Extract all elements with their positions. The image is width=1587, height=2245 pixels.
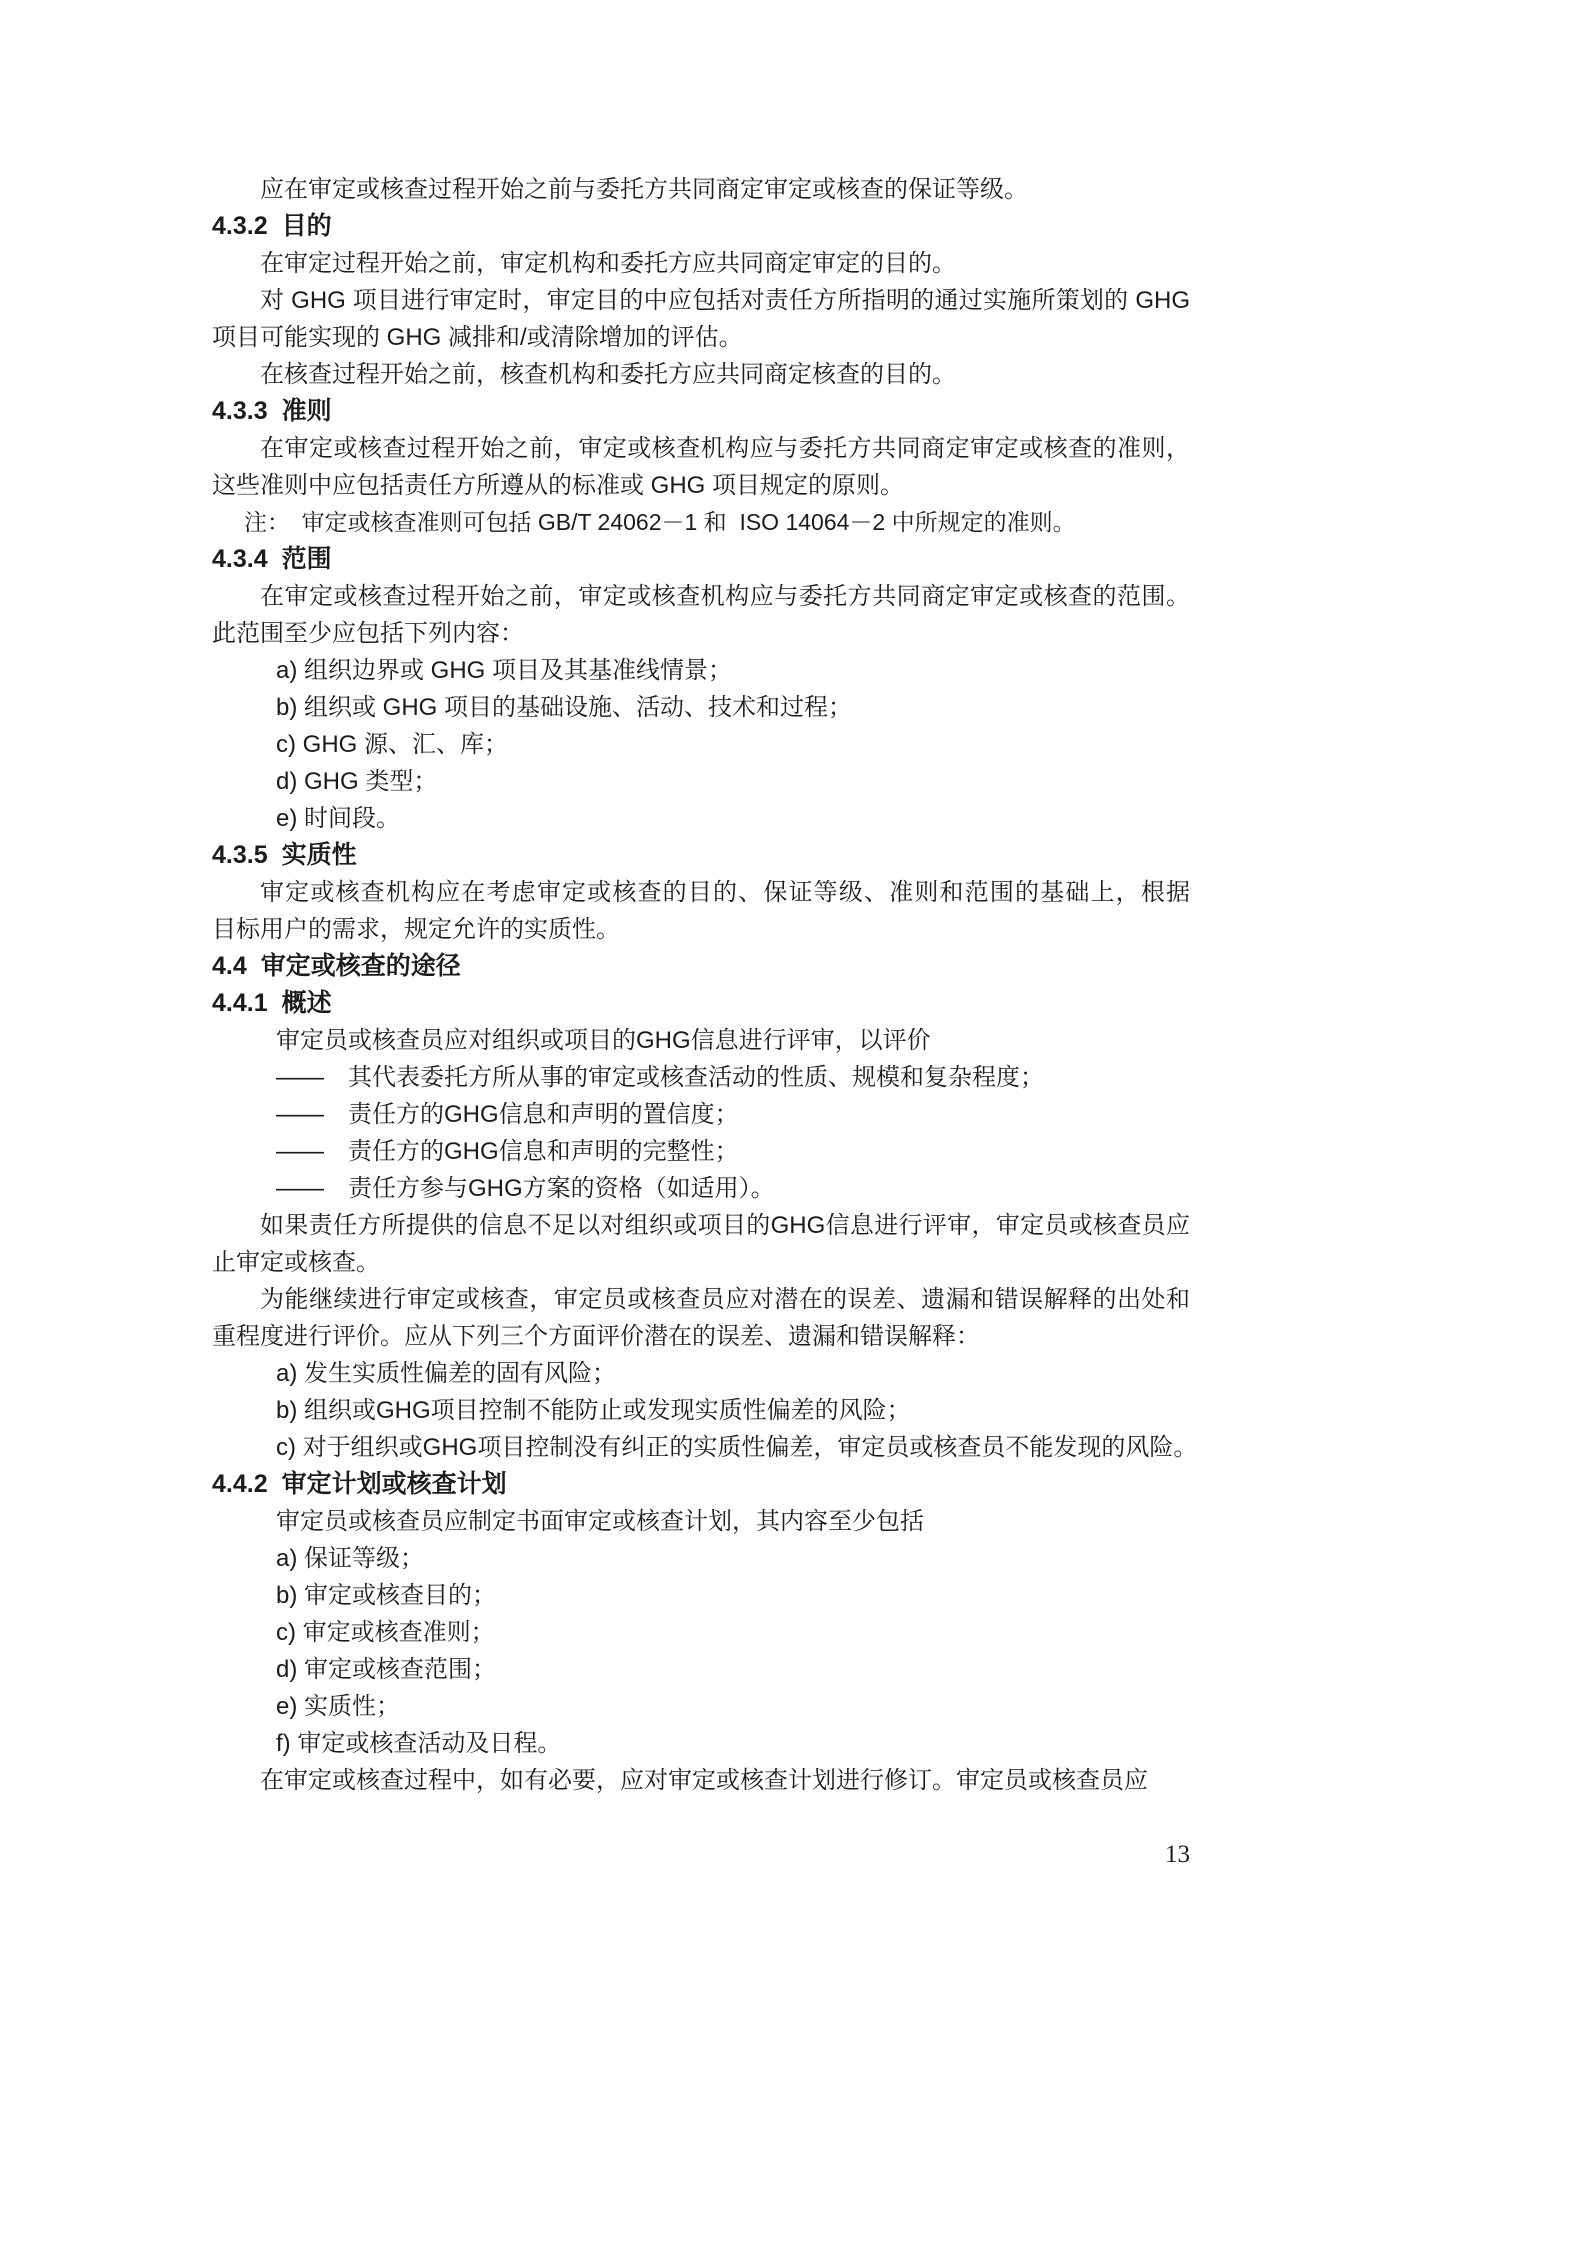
section-title: 实质性 xyxy=(282,841,357,869)
list-item-a: a) 组织边界或 GHG 项目及其基准线情景； xyxy=(212,652,1190,689)
list-item-b: b) 审定或核查目的； xyxy=(212,1577,1190,1614)
list-item-c: c) 对于组织或GHG项目控制没有纠正的实质性偏差，审定员或核查员不能发现的风险… xyxy=(212,1429,1190,1466)
heading-4-4: 4.4审定或核查的途径 xyxy=(212,948,1190,985)
page-number: 13 xyxy=(212,1836,1190,1873)
document-page: 应在审定或核查过程开始之前与委托方共同商定审定或核查的保证等级。 4.3.2目的… xyxy=(0,0,1587,2245)
list-item-f: f) 审定或核查活动及日程。 xyxy=(212,1725,1190,1762)
section-number: 4.3.4 xyxy=(212,545,268,573)
page-content: 应在审定或核查过程开始之前与委托方共同商定审定或核查的保证等级。 4.3.2目的… xyxy=(212,171,1190,1799)
list-item-c: c) 审定或核查准则； xyxy=(212,1614,1190,1651)
paragraph-line: 审定或核查机构应在考虑审定或核查的目的、保证等级、准则和范围的基础上，根据 xyxy=(212,874,1190,911)
section-number: 4.4.2 xyxy=(212,1470,268,1498)
section-title: 审定计划或核查计划 xyxy=(282,1470,507,1498)
section-title: 审定或核查的途径 xyxy=(261,952,461,980)
section-title: 目的 xyxy=(282,212,332,240)
section-number: 4.3.2 xyxy=(212,212,268,240)
paragraph-line: 项目可能实现的 GHG 减排和/或清除增加的评估。 xyxy=(212,319,1190,356)
section-number: 4.3.3 xyxy=(212,397,268,425)
paragraph-line: 审定员或核查员应对组织或项目的GHG信息进行评审，以评价 xyxy=(212,1022,1190,1059)
paragraph-line: 此范围至少应包括下列内容： xyxy=(212,615,1190,652)
dash-list-item: —— 责任方的GHG信息和声明的完整性； xyxy=(212,1133,1190,1170)
paragraph-line: 对 GHG 项目进行审定时，审定目的中应包括对责任方所指明的通过实施所策划的 G… xyxy=(212,282,1190,319)
list-item-e: e) 实质性； xyxy=(212,1688,1190,1725)
list-item-a: a) 保证等级； xyxy=(212,1540,1190,1577)
list-item-b: b) 组织或 GHG 项目的基础设施、活动、技术和过程； xyxy=(212,689,1190,726)
dash-list-item: —— 其代表委托方所从事的审定或核查活动的性质、规模和复杂程度； xyxy=(212,1059,1190,1096)
paragraph-line: 在核查过程开始之前，核查机构和委托方应共同商定核查的目的。 xyxy=(212,356,1190,393)
paragraph-line: 如果责任方所提供的信息不足以对组织或项目的GHG信息进行评审，审定员或核查员应停 xyxy=(212,1207,1190,1244)
heading-4-3-4: 4.3.4范围 xyxy=(212,541,1190,578)
list-item-e: e) 时间段。 xyxy=(212,800,1190,837)
paragraph-line: 在审定或核查过程开始之前，审定或核查机构应与委托方共同商定审定或核查的范围。 xyxy=(212,578,1190,615)
section-number: 4.3.5 xyxy=(212,841,268,869)
section-title: 概述 xyxy=(282,989,332,1017)
section-number: 4.4 xyxy=(212,952,247,980)
paragraph-line: 应在审定或核查过程开始之前与委托方共同商定审定或核查的保证等级。 xyxy=(212,171,1190,208)
heading-4-3-5: 4.3.5实质性 xyxy=(212,837,1190,874)
list-item-a: a) 发生实质性偏差的固有风险； xyxy=(212,1355,1190,1392)
dash-list-item: —— 责任方的GHG信息和声明的置信度； xyxy=(212,1096,1190,1133)
paragraph-line: 审定员或核查员应制定书面审定或核查计划，其内容至少包括 xyxy=(212,1503,1190,1540)
list-item-d: d) GHG 类型； xyxy=(212,763,1190,800)
heading-4-3-2: 4.3.2目的 xyxy=(212,208,1190,245)
paragraph-line: 在审定或核查过程中，如有必要，应对审定或核查计划进行修订。审定员或核查员应 xyxy=(212,1762,1190,1799)
heading-4-4-1: 4.4.1概述 xyxy=(212,985,1190,1022)
heading-4-4-2: 4.4.2审定计划或核查计划 xyxy=(212,1466,1190,1503)
paragraph-line: 在审定过程开始之前，审定机构和委托方应共同商定审定的目的。 xyxy=(212,245,1190,282)
paragraph-line: 在审定或核查过程开始之前，审定或核查机构应与委托方共同商定审定或核查的准则， xyxy=(212,430,1190,467)
section-number: 4.4.1 xyxy=(212,989,268,1017)
paragraph-line: 重程度进行评价。应从下列三个方面评价潜在的误差、遗漏和错误解释： xyxy=(212,1318,1190,1355)
list-item-c: c) GHG 源、汇、库； xyxy=(212,726,1190,763)
paragraph-line: 这些准则中应包括责任方所遵从的标准或 GHG 项目规定的原则。 xyxy=(212,467,1190,504)
paragraph-line: 止审定或核查。 xyxy=(212,1244,1190,1281)
dash-list-item: —— 责任方参与GHG方案的资格（如适用）。 xyxy=(212,1170,1190,1207)
section-title: 准则 xyxy=(282,397,332,425)
heading-4-3-3: 4.3.3准则 xyxy=(212,393,1190,430)
paragraph-line: 目标用户的需求，规定允许的实质性。 xyxy=(212,911,1190,948)
list-item-b: b) 组织或GHG项目控制不能防止或发现实质性偏差的风险； xyxy=(212,1392,1190,1429)
note-line: 注： 审定或核查准则可包括 GB/T 24062－1 和 ISO 14064－2… xyxy=(212,504,1190,541)
section-title: 范围 xyxy=(282,545,332,573)
paragraph-line: 为能继续进行审定或核查，审定员或核查员应对潜在的误差、遗漏和错误解释的出处和严 xyxy=(212,1281,1190,1318)
list-item-d: d) 审定或核查范围； xyxy=(212,1651,1190,1688)
